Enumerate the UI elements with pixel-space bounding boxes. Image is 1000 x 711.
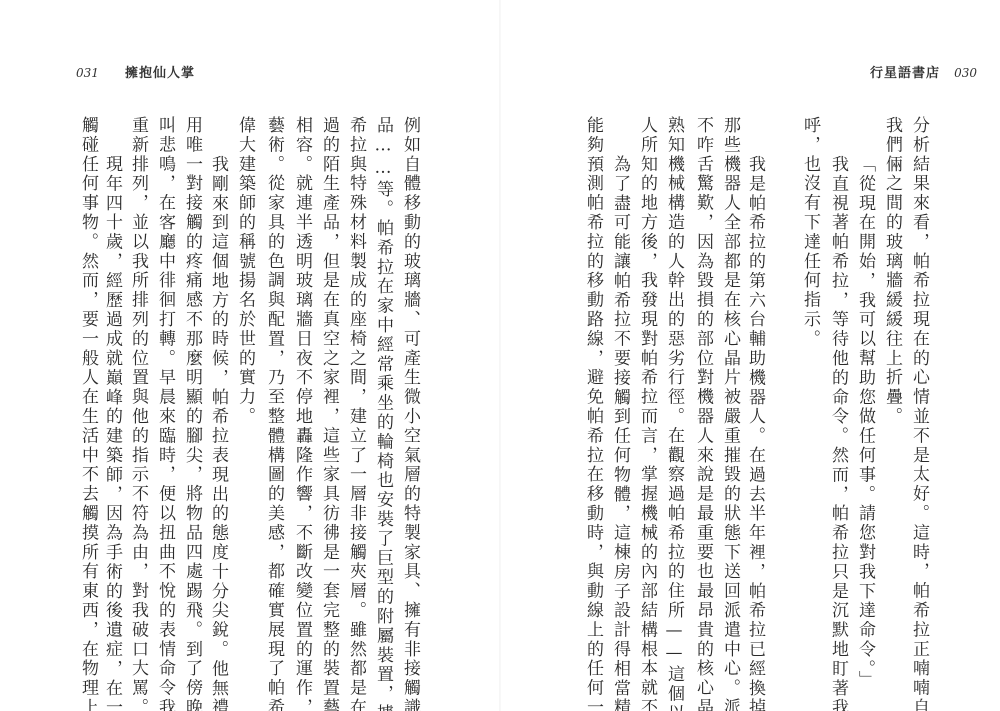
text-column: 希拉與特殊材料製成的座椅之間，建立了一層非接觸夾層。雖然都是在其他地方不曾見 [345, 116, 367, 616]
book-gutter [499, 0, 501, 711]
left-page-header: 031 擁抱仙人掌 [76, 62, 195, 81]
text-column: 能夠預測帕希拉的移動路線，避免帕希拉在移動時，與動線上的任何一件物體產生碰撞， [582, 116, 604, 616]
text-column: 我們倆之間的玻璃牆緩緩往上折疊。 [881, 116, 903, 616]
text-column: 偉大建築師的稱號揚名於世的實力。 [234, 116, 256, 616]
page-number: 030 [954, 66, 977, 80]
text-column: 重新排列，並以我所排列的位置與他的指示不符為由，對我破口大罵。 [127, 116, 149, 616]
text-column: 「從現在開始，我可以幫助您做任何事。請您對我下達命令。」 [854, 116, 876, 655]
text-column: 藝術。從家具的色調與配置，乃至整體構圖的美感，都確實展現了帕希拉曾以世界上最 [263, 116, 285, 616]
text-column: 那些機器人全部都是在核心晶片被嚴重摧毀的狀態下送回派遣中心。派遣中心的職員無 [719, 116, 741, 616]
running-title: 行星語書店 [870, 66, 940, 81]
text-column: 相容。就連半透明玻璃牆日夜不停地轟隆作響，不斷改變位置的運作，也成為一種表演 [291, 116, 313, 616]
text-column: 為了盡可能讓帕希拉不要接觸到任何物體，這棟房子設計得相當精巧。他家的家具 [609, 116, 631, 655]
text-column: 用唯一對接觸的疼痛感不那麼明顯的腳尖，將物品四處踢飛。到了傍晚，他開始發出尖 [181, 116, 203, 616]
page-number: 031 [76, 66, 99, 80]
text-column: 我是帕希拉的第六台輔助機器人。在過去半年裡，帕希拉已經換掉四台輔助機器人， [744, 116, 766, 655]
text-column: 我直視著帕希拉，等待他的命令。然而，帕希拉只是沉默地盯著我，沒有打任何招 [827, 116, 849, 655]
text-column: 過的陌生產品，但是在真空之家裡，這些家具彷彿是一套完整的裝置藝術品，彼此和諧 [318, 116, 340, 616]
text-column: 人所知的地方後，我發現對帕希拉而言，掌握機械的內部結構根本就不算什麼。 [636, 116, 658, 616]
right-page-header: 行星語書店 030 [870, 62, 977, 81]
text-column: 觸碰任何事物。然而，要一般人在生活中不去觸摸所有東西，在物理上是無法達成的事 [77, 116, 99, 616]
text-column: 現年四十歲，經歷過成就巔峰的建築師，因為手術的後遺症，在一夜之間變得無法 [101, 116, 123, 655]
text-column: 不咋舌驚歎，因為毀損的部位對機器人來說是最重要也最昂貴的核心晶片，這根本就是 [692, 116, 714, 616]
text-column: 我剛來到這個地方的時候，帕希拉表現出的態度十分尖銳。他無禮而恣意地對待我， [207, 116, 229, 655]
running-title: 擁抱仙人掌 [125, 66, 195, 81]
text-column: 品……等。帕希拉在家中經常乘坐的輪椅也安裝了巨型的附屬裝置，據說這個裝置在帕 [372, 116, 394, 616]
text-column: 熟知機械構造的人幹出的惡劣行徑。在觀察過帕希拉的住所——這個以「真空之家」為 [663, 116, 685, 616]
text-column: 叫悲鳴，在客廳中徘徊打轉。早晨來臨時，便以扭曲不悅的表情命令我，要我將仙人掌 [154, 116, 176, 616]
text-column: 呼，也沒有下達任何指示。 [799, 116, 821, 616]
text-column: 分析結果來看，帕希拉現在的心情並不是太好。這時，帕希拉正喃喃自語著什麼，位於 [908, 116, 930, 616]
text-column: 例如自體移動的玻璃牆、可產生微小空氣層的特製家具、擁有非接觸識別功能的家電用 [399, 116, 421, 616]
